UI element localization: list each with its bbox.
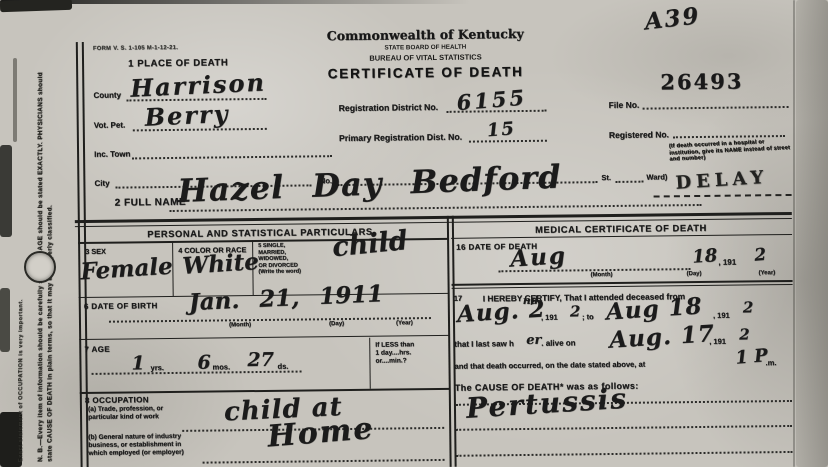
age-mos-label: mos. xyxy=(212,362,230,371)
race-handwritten: White xyxy=(182,248,260,280)
age-days-handwritten: 27 xyxy=(247,349,274,371)
year-sublabel: (Year) xyxy=(396,320,413,326)
day-sublabel: (Day) xyxy=(686,271,701,277)
column-divider xyxy=(447,216,451,467)
to-year-digit-handwritten: 2 xyxy=(743,298,754,316)
dod-year-digit-handwritten: 2 xyxy=(753,245,766,266)
inc-town-label: Inc. Town xyxy=(94,149,130,158)
marital-handwritten: child xyxy=(331,225,409,263)
row-line xyxy=(79,335,449,340)
age-note-line: or....min.? xyxy=(375,357,414,365)
age-less-note: If LESS than 1 day....hrs. or....min.? xyxy=(375,341,414,365)
day-sublabel: (Day) xyxy=(329,321,344,327)
row-line xyxy=(80,388,450,394)
age-note-line: 1 day....hrs. xyxy=(375,349,414,357)
place-of-death-heading: 1 PLACE OF DEATH xyxy=(128,57,228,69)
scan-edge-artifact xyxy=(0,145,12,237)
last-saw-date-handwritten: Aug. 17 xyxy=(608,320,715,354)
dotted-line xyxy=(203,459,445,464)
stamp-underline xyxy=(654,194,792,198)
punch-hole-artifact xyxy=(24,251,56,283)
medical-section-title: MEDICAL CERTIFICATE OF DEATH xyxy=(465,222,777,236)
death-time-m-text: .m. xyxy=(765,358,776,367)
dod-day-handwritten: 18 xyxy=(692,245,718,268)
dotted-line xyxy=(673,135,785,138)
form-border-line xyxy=(76,42,82,467)
age-yrs-label: yrs. xyxy=(150,363,163,372)
file-no-label: File No. xyxy=(608,100,639,110)
year-printed: , 191 xyxy=(541,313,558,322)
marital-label: 5 SINGLE, MARRIED, WIDOWED, OR DIVORCED … xyxy=(258,243,301,276)
full-name-handwritten: Hazel Day Bedford xyxy=(177,158,562,210)
to-label: ; to xyxy=(582,312,594,321)
margin-instructions-outer: Exact statement of OCCUPATION is very im… xyxy=(18,150,29,462)
age-ds-label: ds. xyxy=(277,362,288,371)
registered-no-label: Registered No. xyxy=(609,129,669,140)
occupation-a-label-line: particular kind of work xyxy=(88,413,159,421)
year-printed: , 191 xyxy=(709,337,726,346)
bureau-subtitle: BUREAU OF VITAL STATISTICS xyxy=(318,52,533,63)
cell-line xyxy=(369,338,371,389)
saw-year-digit-handwritten: 2 xyxy=(739,325,750,343)
scanned-death-certificate: Exact statement of OCCUPATION is very im… xyxy=(0,0,828,467)
dob-handwritten: Jan. 21, 1911 xyxy=(188,280,384,316)
registration-district-label: Registration District No. xyxy=(339,102,439,113)
certificate-title: CERTIFICATE OF DEATH xyxy=(318,64,533,81)
primary-registration-label: Primary Registration Dist. No. xyxy=(339,132,462,143)
age-label: 7 AGE xyxy=(84,345,110,354)
from-year-digit-handwritten: 2 xyxy=(570,302,581,320)
dob-label: 6 DATE OF BIRTH xyxy=(84,301,158,311)
street-label: St. xyxy=(601,173,611,182)
corner-annotation-handwritten: A39 xyxy=(643,2,702,35)
attended-from-superscript: nd xyxy=(523,294,539,307)
ward-label: Ward) xyxy=(646,172,667,181)
county-label: County xyxy=(93,91,121,100)
last-saw-pronoun-handwritten: er xyxy=(526,333,541,348)
dotted-line xyxy=(643,106,789,110)
occupation-b-label-line: business, or establishment in xyxy=(88,441,181,449)
state-header: Commonwealth of Kentucky STATE BOARD OF … xyxy=(318,26,534,81)
occupation-label: 8 OCCUPATION xyxy=(85,395,149,405)
delay-stamp: DELAY xyxy=(675,167,769,194)
scan-edge-artifact xyxy=(0,0,72,12)
death-time-handwritten: 1 P xyxy=(735,345,769,369)
year-printed: , 191 xyxy=(713,311,730,320)
vot-pet-handwritten: Berry xyxy=(144,99,230,132)
primary-registration-handwritten: 15 xyxy=(486,118,517,141)
commonwealth-title: Commonwealth of Kentucky xyxy=(318,26,533,43)
scan-edge-artifact xyxy=(0,288,10,352)
occupation-b-label-line: which employed (or employer) xyxy=(88,449,183,457)
sex-label: 3 SEX xyxy=(85,247,106,256)
certificate-body: FORM V. S. 1-105 M-1-12-21. 1 PLACE OF D… xyxy=(67,0,802,467)
age-note-line: If LESS than xyxy=(375,341,414,349)
marital-label-line: (Write the word) xyxy=(258,269,301,276)
attended-to-date-handwritten: Aug 18 xyxy=(605,292,703,325)
form-number: FORM V. S. 1-105 M-1-12-21. xyxy=(93,45,178,52)
month-sublabel: (Month) xyxy=(229,322,251,328)
death-occurred-text: and that death occurred, on the date sta… xyxy=(454,360,645,371)
occupation-b-label-line: (b) General nature of industry xyxy=(88,433,181,441)
dotted-line xyxy=(456,425,792,431)
dotted-line xyxy=(132,155,332,159)
dotted-line xyxy=(109,317,431,323)
year-sublabel: (Year) xyxy=(758,270,775,276)
scan-edge-artifact xyxy=(13,58,17,142)
vot-pet-label: Vot. Pet. xyxy=(94,121,126,130)
alive-on-text: . alive on xyxy=(541,338,575,347)
dod-month-handwritten: Aug xyxy=(509,242,567,273)
dotted-line xyxy=(615,181,643,183)
hospital-note: (If death occurred in a hospital or inst… xyxy=(669,138,792,163)
occupation-b-handwritten: Home xyxy=(266,411,376,455)
sex-handwritten: Female xyxy=(80,253,174,286)
age-years-handwritten: 1 xyxy=(131,352,144,374)
age-months-handwritten: 6 xyxy=(197,352,210,374)
city-label: City xyxy=(94,179,109,188)
dotted-line xyxy=(469,140,547,143)
dotted-line xyxy=(457,451,793,457)
certificate-number: 26493 xyxy=(660,68,743,94)
dod-year-printed: , 191 xyxy=(718,258,736,267)
full-name-label: 2 FULL NAME xyxy=(115,197,187,209)
state-board-subtitle: STATE BOARD OF HEALTH xyxy=(318,43,533,52)
last-saw-text: that I last saw h xyxy=(454,339,514,349)
occupation-a-label-line: (a) Trade, profession, or xyxy=(88,405,163,413)
month-sublabel: (Month) xyxy=(590,272,612,278)
